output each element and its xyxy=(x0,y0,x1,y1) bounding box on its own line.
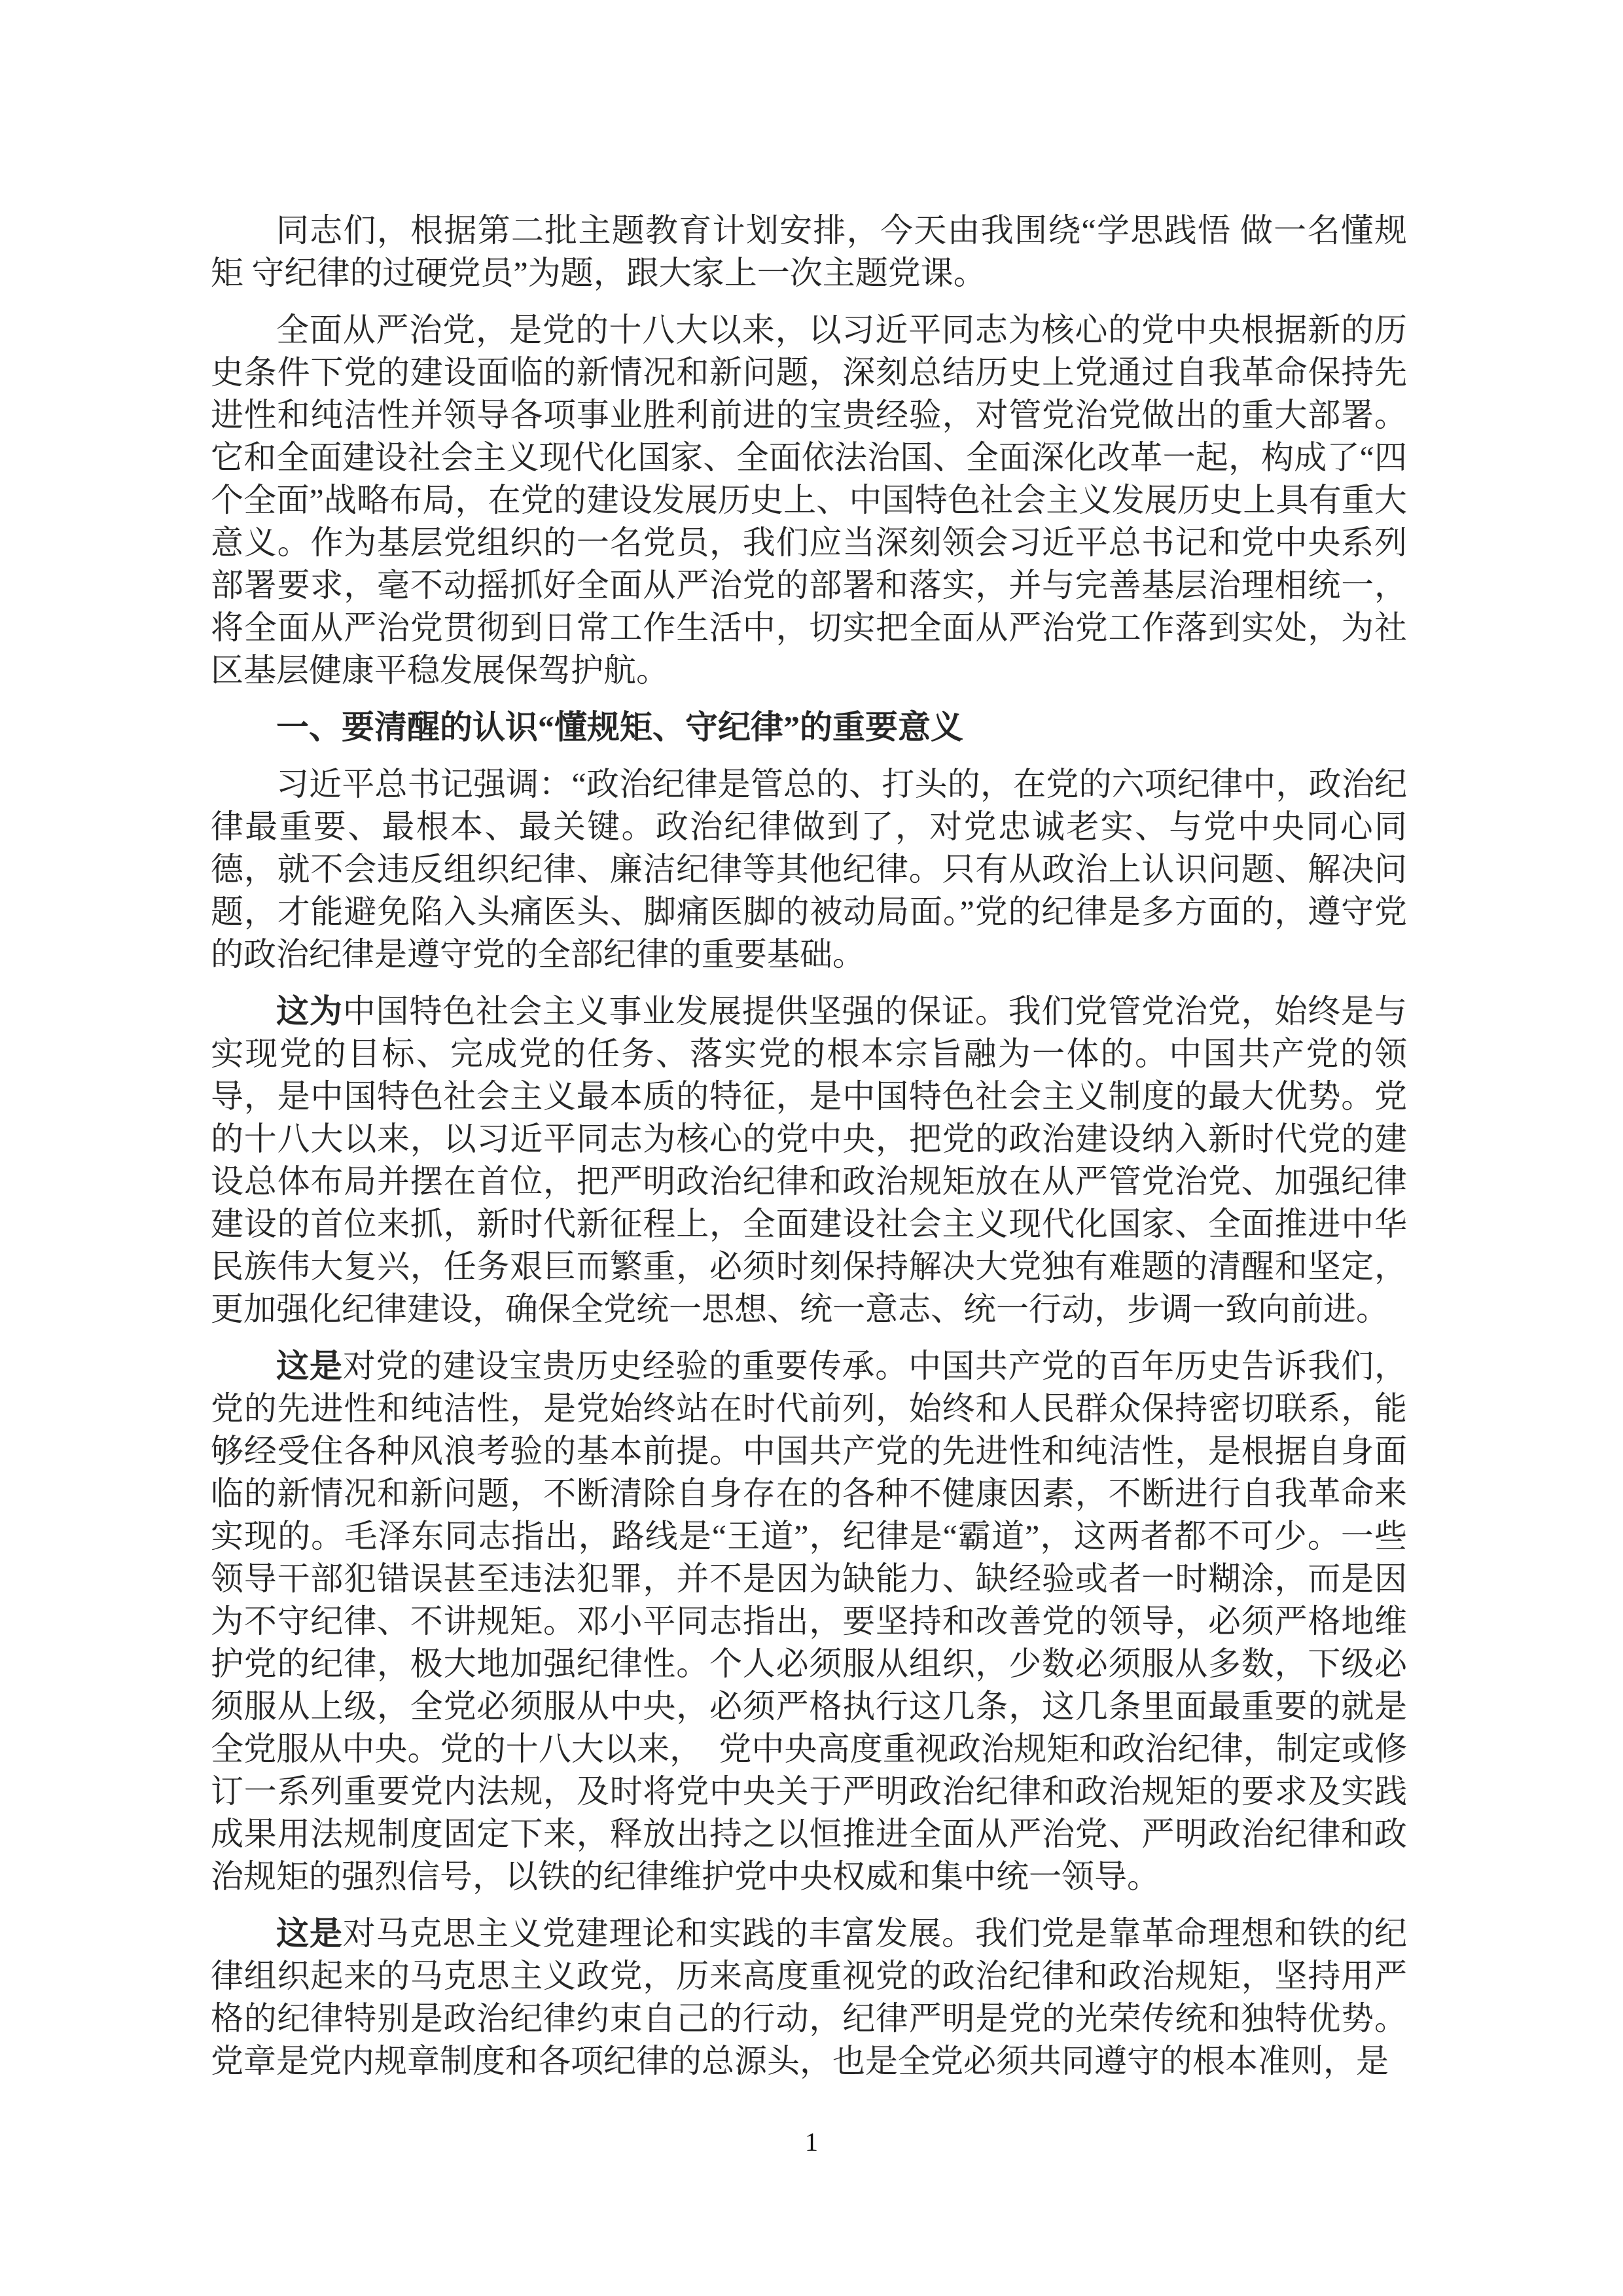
document-page: 同志们，根据第二批主题教育计划安排，今天由我围绕“学思践悟 做一名懂规矩 守纪律… xyxy=(0,0,1623,2296)
document-body: 同志们，根据第二批主题教育计划安排，今天由我围绕“学思践悟 做一名懂规矩 守纪律… xyxy=(211,209,1407,2097)
paragraph-point-3-body: 对马克思主义党建理论和实践的丰富发展。我们党是靠革命理想和铁的纪律组织起来的马克… xyxy=(211,1915,1407,2079)
page-footer: 1 xyxy=(0,2128,1623,2156)
paragraph-point-1-body: 中国特色社会主义事业发展提供坚强的保证。我们党管党治党，始终是与实现党的目标、完… xyxy=(211,993,1407,1327)
paragraph-quote-discipline: 习近平总书记强调：“政治纪律是管总的、打头的，在党的六项纪律中，政治纪律最重要、… xyxy=(211,763,1407,976)
paragraph-point-2: 这是对党的建设宝贵历史经验的重要传承。中国共产党的百年历史告诉我们，党的先进性和… xyxy=(211,1345,1407,1898)
paragraph-overview: 全面从严治党，是党的十八大以来，以习近平同志为核心的党中央根据新的历史条件下党的… xyxy=(211,309,1407,692)
paragraph-point-3: 这是对马克思主义党建理论和实践的丰富发展。我们党是靠革命理想和铁的纪律组织起来的… xyxy=(211,1912,1407,2083)
paragraph-point-2-lead: 这是 xyxy=(276,1348,343,1384)
paragraph-intro: 同志们，根据第二批主题教育计划安排，今天由我围绕“学思践悟 做一名懂规矩 守纪律… xyxy=(211,209,1407,295)
paragraph-point-1: 这为中国特色社会主义事业发展提供坚强的保证。我们党管党治党，始终是与实现党的目标… xyxy=(211,990,1407,1331)
paragraph-point-3-lead: 这是 xyxy=(276,1915,343,1952)
section-heading-1: 一、要清醒的认识“懂规矩、守纪律”的重要意义 xyxy=(211,706,1407,749)
paragraph-point-1-lead: 这为 xyxy=(276,993,343,1030)
paragraph-point-2-body: 对党的建设宝贵历史经验的重要传承。中国共产党的百年历史告诉我们，党的先进性和纯洁… xyxy=(211,1348,1407,1895)
page-number: 1 xyxy=(805,2127,818,2157)
